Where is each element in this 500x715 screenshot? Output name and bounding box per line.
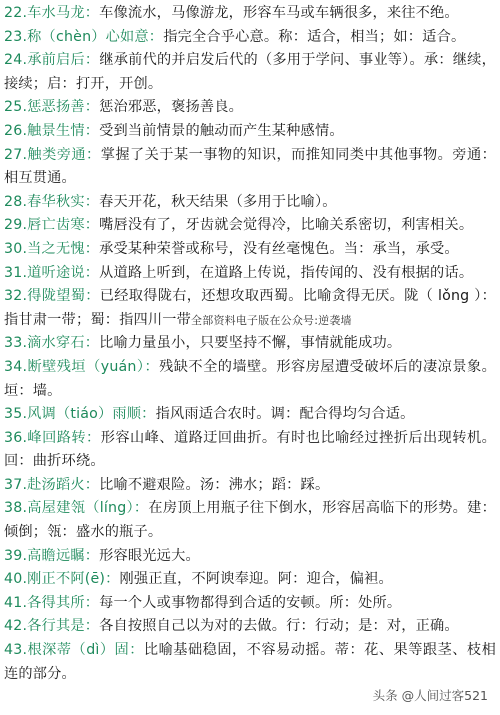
idiom-term: 31.道听途说： [4,265,99,281]
idiom-term: 28.春华秋实： [4,194,99,210]
idiom-entry-40: 40.刚正不阿(ē)：刚强正直，不阿谀奉迎。阿：迎合，偏袒。 [4,568,496,592]
idiom-entry-23: 23.称（chèn）心如意：指完全合乎心意。称：适合，相当；如：适合。 [4,26,496,50]
idiom-term: 35.风调（tiáo）雨顺： [4,406,156,422]
idiom-entry-28: 28.春华秋实：春天开花，秋天结果（多用于比喻）。 [4,191,496,215]
idiom-term: 43.根深蒂（dì）固： [4,642,144,658]
idiom-entry-22: 22.车水马龙：车像流水，马像游龙，形容车马或车辆很多，来往不绝。 [4,2,496,26]
author-watermark: 头条 @人间过客521 [373,686,488,704]
idiom-entry-43: 43.根深蒂（dì）固：比喻基础稳固，不容易动摇。蒂：花、果等跟茎、枝相连的部分… [4,639,496,686]
idiom-term: 23.称（chèn）心如意： [4,29,163,45]
idiom-definition: 受到当前情景的触动而产生某种感情。 [99,123,344,139]
idiom-entry-42: 42.各行其是：各自按照自己以为对的去做。行：行动；是：对，正确。 [4,615,496,639]
idiom-term: 36.峰回路转： [4,430,101,446]
idiom-entry-29: 29.唇亡齿寒：嘴唇没有了，牙齿就会觉得冷，比喻关系密切，利害相关。 [4,214,496,238]
idiom-definition: 刚强正直，不阿谀奉迎。阿：迎合，偏袒。 [120,571,393,587]
idiom-definition: 从道路上听到，在道路上传说，指传闻的、没有根据的话。 [99,265,473,281]
idiom-term: 37.赴汤蹈火： [4,477,99,493]
idiom-term: 39.高瞻远瞩： [4,548,99,564]
idiom-term: 22.车水马龙： [4,5,99,21]
idiom-definition: 每一个人或事物都得到合适的安顿。所：处所。 [99,595,401,611]
idiom-term: 42.各行其是： [4,618,99,634]
idiom-entry-32: 32.得陇望蜀：已经取得陇右，还想攻取西蜀。比喻贪得无厌。陇（ lǒng ）：指… [4,285,496,332]
idiom-term: 27.触类旁通： [4,147,101,163]
idiom-list: 22.车水马龙：车像流水，马像游龙，形容车马或车辆很多，来往不绝。 23.称（c… [0,0,500,686]
idiom-definition: 惩治邪恶，褒扬善良。 [99,99,243,115]
idiom-entry-31: 31.道听途说：从道路上听到，在道路上传说，指传闻的、没有根据的话。 [4,262,496,286]
idiom-definition: 各自按照自己以为对的去做。行：行动；是：对，正确。 [99,618,459,634]
idiom-entry-33: 33.滴水穿石：比喻力量虽小，只要坚持不懈，事情就能成功。 [4,332,496,356]
idiom-definition: 春天开花，秋天结果（多用于比喻）。 [99,194,337,210]
idiom-term: 33.滴水穿石： [4,335,99,351]
idiom-term: 32.得陇望蜀： [4,288,100,304]
idiom-term: 38.高屋建瓴（líng）： [4,500,148,516]
idiom-entry-25: 25.惩恶扬善：惩治邪恶，褒扬善良。 [4,96,496,120]
idiom-entry-27: 27.触类旁通：掌握了关于某一事物的知识，而推知同类中其他事物。旁通：相互贯通。 [4,144,496,191]
idiom-entry-26: 26.触景生情：受到当前情景的触动而产生某种感情。 [4,120,496,144]
idiom-definition: 比喻力量虽小，只要坚持不懈，事情就能成功。 [99,335,401,351]
idiom-definition: 指完全合乎心意。称：适合，相当；如：适合。 [163,29,465,45]
idiom-definition: 车像流水，马像游龙，形容车马或车辆很多，来往不绝。 [99,5,459,21]
idiom-definition: 承受某种荣誉或称号，没有丝毫愧色。当：承当，承受。 [99,241,459,257]
idiom-term: 24.承前启后： [4,52,99,68]
idiom-term: 40.刚正不阿(ē)： [4,571,120,587]
idiom-entry-38: 38.高屋建瓴（líng）：在房顶上用瓶子往下倒水，形容居高临下的形势。建：倾倒… [4,497,496,544]
idiom-term: 26.触景生情： [4,123,99,139]
idiom-definition: 嘴唇没有了，牙齿就会觉得冷，比喻关系密切，利害相关。 [99,217,473,233]
idiom-term: 34.断壁残垣（yuán）： [4,359,159,375]
idiom-entry-41: 41.各得其所：每一个人或事物都得到合适的安顿。所：处所。 [4,592,496,616]
idiom-entry-37: 37.赴汤蹈火：比喻不避艰险。汤：沸水；蹈：踩。 [4,474,496,498]
idiom-entry-36: 36.峰回路转：形容山峰、道路迂回曲折。有时也比喻经过挫折后出现转机。回：曲折环… [4,427,496,474]
idiom-term: 29.唇亡齿寒： [4,217,99,233]
inline-promo-note: 全部资料电子版在公众号:逆袭墙 [191,314,352,327]
idiom-term: 41.各得其所： [4,595,99,611]
idiom-definition: 指风雨适合农时。调：配合得均匀合适。 [156,406,415,422]
idiom-term: 30.当之无愧： [4,241,99,257]
idiom-entry-30: 30.当之无愧：承受某种荣誉或称号，没有丝毫愧色。当：承当，承受。 [4,238,496,262]
idiom-definition: 比喻不避艰险。汤：沸水；蹈：踩。 [99,477,329,493]
idiom-entry-24: 24.承前启后：继承前代的并启发后代的（多用于学问、事业等）。承：继续，接续；启… [4,49,496,96]
idiom-entry-39: 39.高瞻远瞩：形容眼光远大。 [4,545,496,569]
idiom-definition: 形容眼光远大。 [99,548,200,564]
idiom-entry-35: 35.风调（tiáo）雨顺：指风雨适合农时。调：配合得均匀合适。 [4,403,496,427]
idiom-term: 25.惩恶扬善： [4,99,99,115]
idiom-entry-34: 34.断壁残垣（yuán）：残缺不全的墙壁。形容房屋遭受破坏后的凄凉景象。垣：墙… [4,356,496,403]
